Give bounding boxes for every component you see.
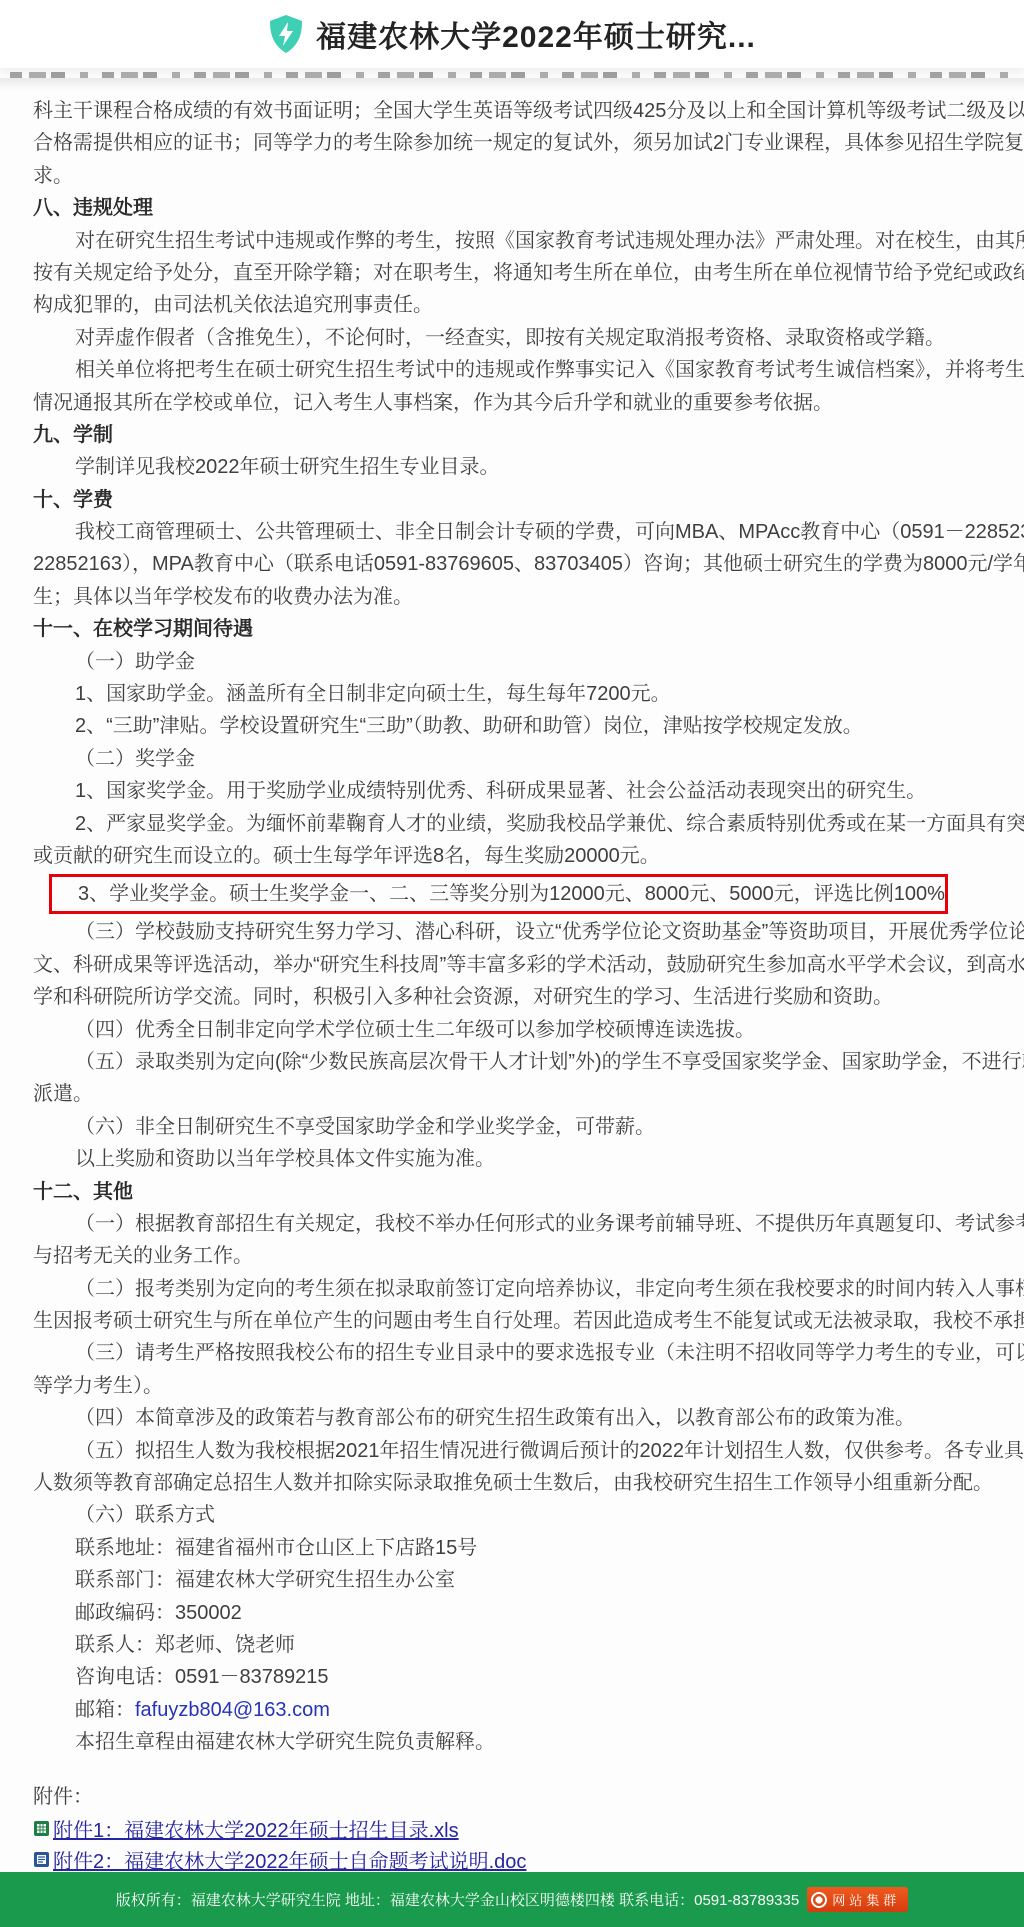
page: 福建农林大学2022年硕士研究... 科主干课程合格成绩的有效书面证明；全国大学… [0, 0, 1024, 1927]
doc-heading: 十、学费 [0, 484, 1024, 516]
doc-line: （三）学校鼓励支持研究生努力学习、潜心科研，设立“优秀学位论文资助基金”等资助项… [0, 916, 1024, 948]
doc-line: 本招生章程由福建农林大学研究生院负责解释。 [0, 1726, 1024, 1758]
doc-line: （四）本简章涉及的政策若与教育部公布的研究生招生政策有出入，以教育部公布的政策为… [0, 1402, 1024, 1434]
doc-line: 学制详见我校2022年硕士研究生招生专业目录。 [0, 451, 1024, 483]
doc-line: 对弄虚作假者（含推免生），不论何时，一经查实，即按有关规定取消报考资格、录取资格… [0, 322, 1024, 354]
document-body: 科主干课程合格成绩的有效书面证明；全国大学生英语等级考试四级425分及以上和全国… [0, 91, 1024, 1759]
doc-line: （一）助学金 [0, 646, 1024, 678]
doc-file-icon [33, 1851, 50, 1868]
site-group-badge-label: 网站集群 [832, 1890, 900, 1909]
doc-line: 对在研究生招生考试中违规或作弊的考生，按照《国家教育考试违规处理办法》严肃处理。… [0, 225, 1024, 257]
doc-line: （三）请考生严格按照我校公布的招生专业目录中的要求选报专业（未注明不招收同等学力… [0, 1337, 1024, 1369]
doc-line: 联系人：郑老师、饶老师 [0, 1629, 1024, 1661]
doc-heading: 十一、在校学习期间待遇 [0, 613, 1024, 645]
doc-line: 2、严家显奖学金。为缅怀前辈鞠育人才的业绩，奖励我校品学兼优、综合素质特别优秀或… [0, 808, 1024, 840]
shield-lightning-icon [268, 14, 304, 54]
attachment-link[interactable]: 附件1：福建农林大学2022年硕士招生目录.xls [53, 1814, 459, 1843]
doc-line: 文、科研成果等评选活动，举办“研究生科技周”等丰富多彩的学术活动，鼓励研究生参加… [0, 949, 1024, 981]
doc-line: 或贡献的研究生而设立的。硕士生每学年评选8名，每生奖励20000元。 [0, 840, 1024, 872]
doc-line: 合格需提供相应的证书；同等学力的考生除参加统一规定的复试外，须另加试2门专业课程… [0, 127, 1024, 159]
doc-line: 联系地址：福建省福州市仓山区上下店路15号 [0, 1532, 1024, 1564]
site-group-badge[interactable]: 网站集群 [807, 1887, 908, 1912]
doc-line: 科主干课程合格成绩的有效书面证明；全国大学生英语等级考试四级425分及以上和全国… [0, 95, 1024, 127]
doc-line: （五）录取类别为定向(除“少数民族高层次骨干人才计划”外)的学生不享受国家奖学金… [0, 1046, 1024, 1078]
doc-line: 1、国家助学金。涵盖所有全日制非定向硕士生，每生每年7200元。 [0, 678, 1024, 710]
doc-line: 以上奖励和资助以当年学校具体文件实施为准。 [0, 1143, 1024, 1175]
doc-line: 生因报考硕士研究生与所在单位产生的问题由考生自行处理。若因此造成考生不能复试或无… [0, 1305, 1024, 1337]
doc-line: 学和科研院所访学交流。同时，积极引入多种社会资源，对研究生的学习、生活进行奖励和… [0, 981, 1024, 1013]
attachments-label: 附件： [33, 1781, 1024, 1813]
highlight-box: 3、学业奖学金。硕士生奖学金一、二、三等奖分别为12000元、8000元、500… [49, 874, 948, 914]
doc-heading: 十二、其他 [0, 1176, 1024, 1208]
header: 福建农林大学2022年硕士研究... [0, 0, 1024, 68]
doc-line: （五）拟招生人数为我校根据2021年招生情况进行微调后预计的2022年计划招生人… [0, 1435, 1024, 1467]
doc-line: 2、“三助”津贴。学校设置研究生“三助”（助教、助研和助管）岗位，津贴按学校规定… [0, 710, 1024, 742]
header-shadow [0, 78, 1024, 91]
doc-line: 相关单位将把考生在硕士研究生招生考试中的违规或作弊事实记入《国家教育考试考生诚信… [0, 354, 1024, 386]
attachment-row[interactable]: 附件1：福建农林大学2022年硕士招生目录.xls [33, 1813, 1024, 1844]
doc-line: 咨询电话：0591－83789215 [0, 1661, 1024, 1693]
attachments-section: 附件： 附件1：福建农林大学2022年硕士招生目录.xls 附件2：福建农林大学… [0, 1781, 1024, 1875]
doc-line: 求。 [0, 160, 1024, 192]
doc-line: 等学力考生）。 [0, 1370, 1024, 1402]
doc-heading: 八、违规处理 [0, 192, 1024, 224]
doc-line: 我校工商管理硕士、公共管理硕士、非全日制会计专硕的学费，可向MBA、MPAcc教… [0, 516, 1024, 548]
page-title: 福建农林大学2022年硕士研究... [316, 12, 756, 56]
doc-line: 与招考无关的业务工作。 [0, 1240, 1024, 1272]
email-label: 邮箱： [75, 1699, 135, 1721]
doc-line: （二）奖学金 [0, 743, 1024, 775]
doc-line: 1、国家奖学金。用于奖励学业成绩特别优秀、科研成果显著、社会公益活动表现突出的研… [0, 775, 1024, 807]
doc-line-email: 邮箱：fafuyzb804@163.com [0, 1694, 1024, 1726]
site-group-logo-icon [811, 1892, 827, 1908]
attachment-link[interactable]: 附件2：福建农林大学2022年硕士自命题考试说明.doc [53, 1845, 526, 1874]
doc-line: 人数须等教育部确定总招生人数并扣除实际录取推免硕士生数后，由我校研究生招生工作领… [0, 1467, 1024, 1499]
doc-line: （六）联系方式 [0, 1499, 1024, 1531]
doc-heading: 九、学制 [0, 419, 1024, 451]
doc-line: （一）根据教育部招生有关规定，我校不举办任何形式的业务课考前辅导班、不提供历年真… [0, 1208, 1024, 1240]
footer-copyright: 版权所有：福建农林大学研究生院 地址：福建农林大学金山校区明德楼四楼 联系电话：… [116, 1889, 799, 1910]
doc-line: 构成犯罪的，由司法机关依法追究刑事责任。 [0, 289, 1024, 321]
doc-line: 邮政编码：350002 [0, 1597, 1024, 1629]
footer: 版权所有：福建农林大学研究生院 地址：福建农林大学金山校区明德楼四楼 联系电话：… [0, 1872, 1024, 1927]
clipped-text-line [10, 72, 1014, 78]
doc-line: 联系部门：福建农林大学研究生招生办公室 [0, 1564, 1024, 1596]
doc-line: 派遣。 [0, 1078, 1024, 1110]
doc-line: （二）报考类别为定向的考生须在拟录取前签订定向培养协议，非定向考生须在我校要求的… [0, 1273, 1024, 1305]
email-link[interactable]: fafuyzb804@163.com [135, 1699, 330, 1721]
attachment-row[interactable]: 附件2：福建农林大学2022年硕士自命题考试说明.doc [33, 1844, 1024, 1875]
doc-line: 22852163），MPA教育中心（联系电话0591-83769605、8370… [0, 548, 1024, 580]
doc-line: 按有关规定给予处分，直至开除学籍；对在职考生，将通知考生所在单位，由考生所在单位… [0, 257, 1024, 289]
doc-line: （四）优秀全日制非定向学术学位硕士生二年级可以参加学校硕博连读选拔。 [0, 1014, 1024, 1046]
doc-line: （六）非全日制研究生不享受国家助学金和学业奖学金，可带薪。 [0, 1111, 1024, 1143]
highlighted-line: 3、学业奖学金。硕士生奖学金一、二、三等奖分别为12000元、8000元、500… [52, 877, 945, 911]
doc-line: 生；具体以当年学校发布的收费办法为准。 [0, 581, 1024, 613]
doc-line: 情况通报其所在学校或单位，记入考生人事档案，作为其今后升学和就业的重要参考依据。 [0, 387, 1024, 419]
xls-file-icon [33, 1820, 50, 1837]
